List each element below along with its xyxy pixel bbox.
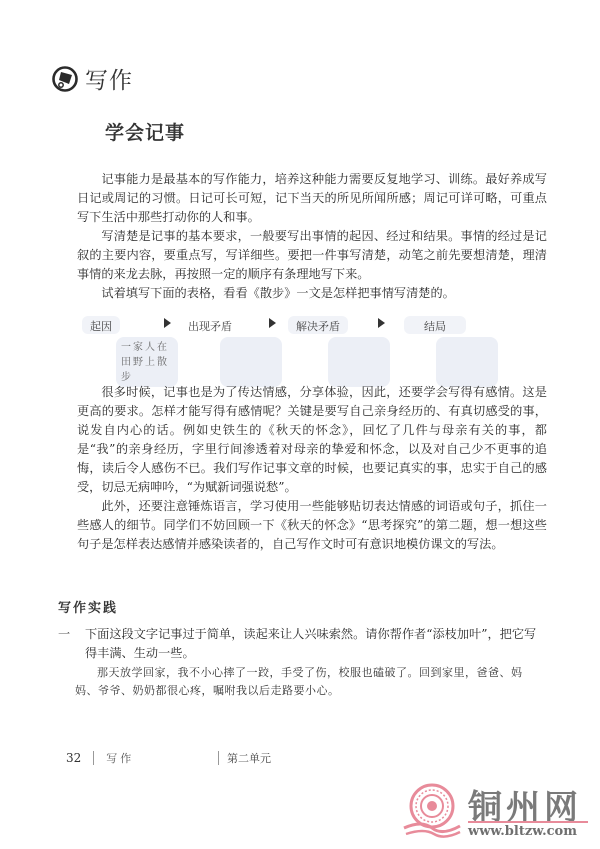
triangle-right-icon bbox=[378, 318, 385, 328]
exercise-example: 那天放学回家，我不小心摔了一跤，手受了伤，校服也磕破了。回到家里，爸爸、妈妈、爷… bbox=[75, 664, 535, 700]
page-footer: 32 写作 bbox=[66, 750, 134, 766]
exercise-number: 一 bbox=[58, 625, 70, 644]
flow-stage-box-resolution[interactable] bbox=[328, 337, 390, 387]
divider bbox=[468, 821, 588, 823]
paragraph: 此外，还要注意锤炼语言，学习使用一些能够贴切表达情感的词语或句子，抓住一些感人的… bbox=[77, 497, 547, 554]
watermark-logo-icon bbox=[402, 782, 462, 840]
lesson-title: 学会记事 bbox=[105, 118, 185, 145]
exercise-prompt: 下面这段文字记事过于简单，读起来让人兴味索然。请你帮作者“添枝加叶”，把它写得丰… bbox=[85, 625, 548, 663]
writing-badge-icon bbox=[52, 66, 78, 92]
triangle-right-icon bbox=[164, 318, 171, 328]
flow-stage-label-resolution: 解决矛盾 bbox=[288, 316, 348, 334]
divider bbox=[93, 751, 94, 765]
triangle-right-icon bbox=[269, 318, 276, 328]
divider bbox=[218, 751, 219, 765]
flow-stage-label-cause: 起因 bbox=[82, 316, 120, 334]
footer-section: 写作 bbox=[106, 750, 134, 766]
paragraph: 很多时候，记事也是为了传达情感，分享体验，因此，还要学会写得有感情。这是更高的要… bbox=[77, 383, 547, 497]
exercise-item: 一 下面这段文字记事过于简单，读起来让人兴味索然。请你帮作者“添枝加叶”，把它写… bbox=[58, 625, 548, 663]
flow-stage-label-ending: 结局 bbox=[404, 316, 466, 334]
page-number: 32 bbox=[66, 751, 81, 765]
body-text: 很多时候，记事也是为了传达情感，分享体验，因此，还要学会写得有感情。这是更高的要… bbox=[77, 383, 547, 554]
section-title: 写作 bbox=[85, 62, 133, 95]
flow-stage-box-conflict[interactable] bbox=[220, 337, 282, 387]
flow-stage-label-conflict: 出现矛盾 bbox=[180, 316, 240, 334]
watermark-url: www.bltzw.com bbox=[468, 824, 577, 839]
paragraph: 记事能力是最基本的写作能力，培养这种能力需要反复地学习、训练。最好养成写日记或周… bbox=[77, 170, 547, 227]
footer-unit-block: 第二单元 bbox=[218, 750, 271, 766]
story-structure-flowchart: 起因 一家人在田野上散步 出现矛盾 解决矛盾 结局 bbox=[60, 310, 560, 390]
footer-unit: 第二单元 bbox=[227, 750, 271, 766]
paragraph: 写清楚是记事的基本要求，一般要写出事情的起因、经过和结果。事情的经过是记叙的主要… bbox=[77, 227, 547, 284]
paragraph: 试着填写下面的表格，看看《散步》一文是怎样把事情写清楚的。 bbox=[77, 284, 547, 303]
flow-stage-box-ending[interactable] bbox=[436, 337, 498, 387]
section-header: 写作 bbox=[52, 62, 133, 95]
intro-text: 记事能力是最基本的写作能力，培养这种能力需要反复地学习、训练。最好养成写日记或周… bbox=[77, 170, 547, 303]
practice-title: 写作实践 bbox=[58, 597, 118, 616]
flow-stage-box-cause[interactable]: 一家人在田野上散步 bbox=[116, 337, 178, 387]
watermark: 铜州网 www.bltzw.com bbox=[400, 778, 595, 843]
